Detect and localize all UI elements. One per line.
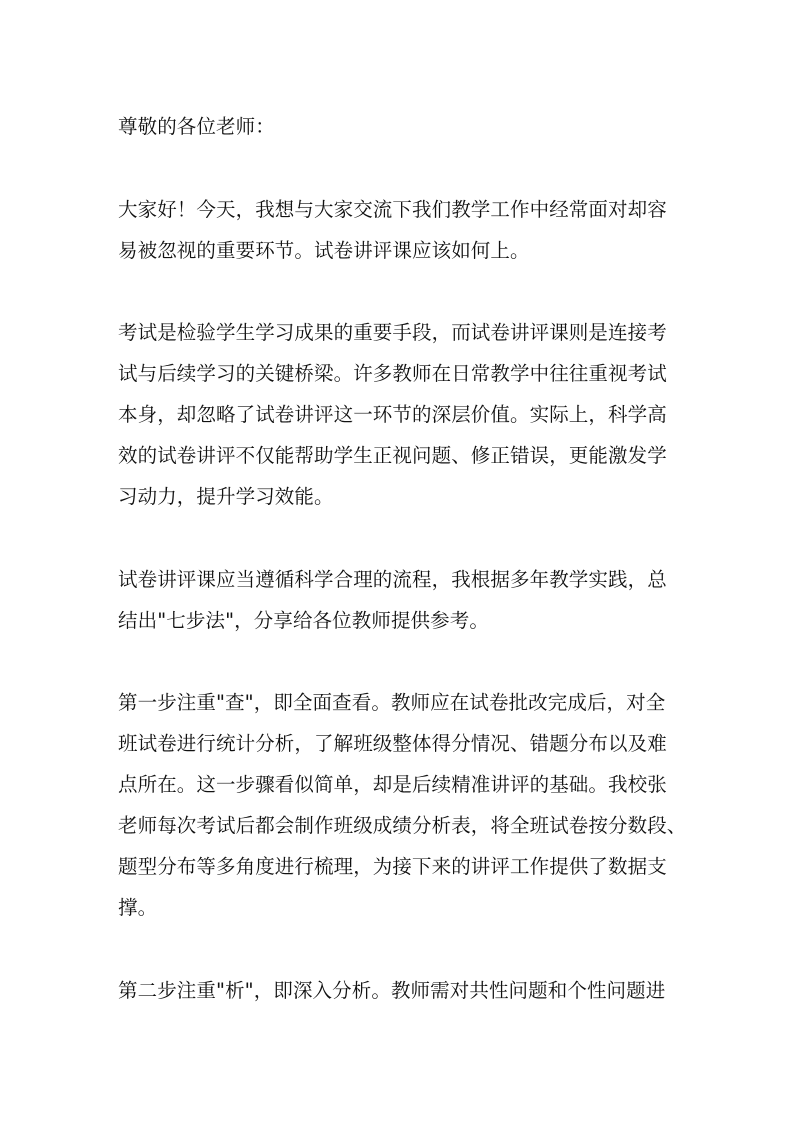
paragraph-line: 撑。 bbox=[118, 895, 157, 921]
paragraph-line: 考试是检验学生学习成果的重要手段，而试卷讲评课则是连接考 bbox=[118, 320, 667, 346]
greeting: 尊敬的各位老师： bbox=[118, 114, 275, 140]
paragraph-line: 点所在。这一步骤看似简单，却是后续精准讲评的基础。我校张 bbox=[118, 772, 667, 798]
paragraph-line: 第一步注重"查"，即全面查看。教师应在试卷批改完成后，对全 bbox=[118, 690, 665, 716]
paragraph-line: 老师每次考试后都会制作班级成绩分析表，将全班试卷按分数段、 bbox=[118, 813, 686, 839]
paragraph-line: 试卷讲评课应当遵循科学合理的流程，我根据多年教学实践，总 bbox=[118, 567, 667, 593]
paragraph-line: 习动力，提升学习效能。 bbox=[118, 484, 334, 510]
paragraph-line: 班试卷进行统计分析，了解班级整体得分情况、错题分布以及难 bbox=[118, 731, 667, 757]
paragraph-line: 第二步注重"析"，即深入分析。教师需对共性问题和个性问题进 bbox=[118, 978, 665, 1004]
paragraph-line: 结出"七步法"，分享给各位教师提供参考。 bbox=[118, 608, 489, 634]
paragraph-line: 大家好！今天，我想与大家交流下我们教学工作中经常面对却容 bbox=[118, 197, 667, 223]
paragraph-line: 易被忽视的重要环节。试卷讲评课应该如何上。 bbox=[118, 238, 530, 264]
paragraph-line: 效的试卷讲评不仅能帮助学生正视问题、修正错误，更能激发学 bbox=[118, 443, 667, 469]
paragraph-line: 试与后续学习的关键桥梁。许多教师在日常教学中往往重视考试 bbox=[118, 361, 667, 387]
paragraph-line: 题型分布等多角度进行梳理，为接下来的讲评工作提供了数据支 bbox=[118, 854, 667, 880]
document-page: 尊敬的各位老师： 大家好！今天，我想与大家交流下我们教学工作中经常面对却容 易被… bbox=[0, 0, 793, 1122]
paragraph-line: 本身，却忽略了试卷讲评这一环节的深层价值。实际上，科学高 bbox=[118, 402, 667, 428]
